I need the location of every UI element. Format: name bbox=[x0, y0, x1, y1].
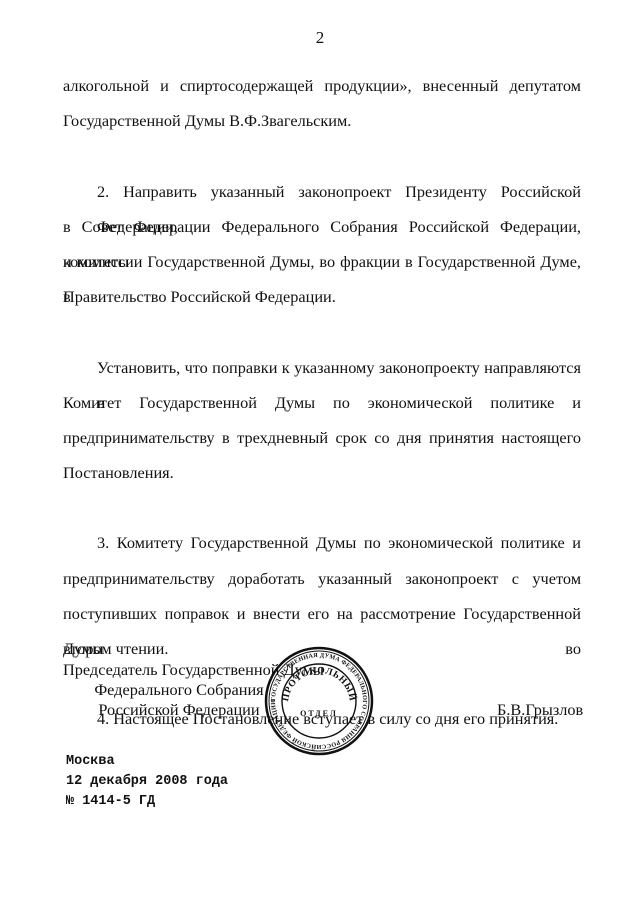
svg-text:ПРОТОКОЛЬНЫЙ: ПРОТОКОЛЬНЫЙ bbox=[281, 666, 359, 702]
signature-title-line: Федерального Собрания bbox=[63, 680, 295, 700]
city: Москва bbox=[66, 752, 228, 772]
text-line: 2. Направить указанный законопроект През… bbox=[63, 174, 581, 209]
signature-title-line: Российской Федерации bbox=[63, 700, 295, 720]
text-line: 3. Комитету Государственной Думы по экон… bbox=[63, 525, 581, 560]
svg-text:ОТДЕЛ: ОТДЕЛ bbox=[300, 709, 338, 718]
text-line: Государственной Думы В.Ф.Звагельским. bbox=[63, 103, 581, 138]
official-stamp: ГОСУДАРСТВЕННАЯ ДУМА ФЕДЕРАЛЬНОГО СОБРАН… bbox=[264, 646, 374, 756]
text-line: предпринимательству в трехдневный срок с… bbox=[63, 420, 581, 455]
text-line: предпринимательству доработать указанный… bbox=[63, 561, 581, 596]
text-line: Правительство Российской Федерации. bbox=[63, 279, 581, 314]
text-line: и комиссии Государственной Думы, во фрак… bbox=[63, 244, 581, 279]
stamp-seal-icon: ГОСУДАРСТВЕННАЯ ДУМА ФЕДЕРАЛЬНОГО СОБРАН… bbox=[264, 646, 374, 756]
text-line: в Совет Федерации Федерального Собрания … bbox=[63, 209, 581, 244]
text-line: алкогольной и спиртосодержащей продукции… bbox=[63, 68, 581, 103]
text-line: Установить, что поправки к указанному за… bbox=[63, 350, 581, 385]
text-line: Постановления. bbox=[63, 455, 581, 490]
document-number: № 1414-5 ГД bbox=[66, 792, 228, 812]
signatory-name: Б.В.Грызлов bbox=[497, 700, 583, 720]
text-line: Комитет Государственной Думы по экономич… bbox=[63, 385, 581, 420]
page-number: 2 bbox=[0, 28, 640, 48]
text-line: поступивших поправок и внести его на рас… bbox=[63, 596, 581, 631]
place-date-number: Москва 12 декабря 2008 года № 1414-5 ГД bbox=[66, 752, 228, 812]
document-body: алкогольной и спиртосодержащей продукции… bbox=[63, 68, 581, 737]
date: 12 декабря 2008 года bbox=[66, 772, 228, 792]
